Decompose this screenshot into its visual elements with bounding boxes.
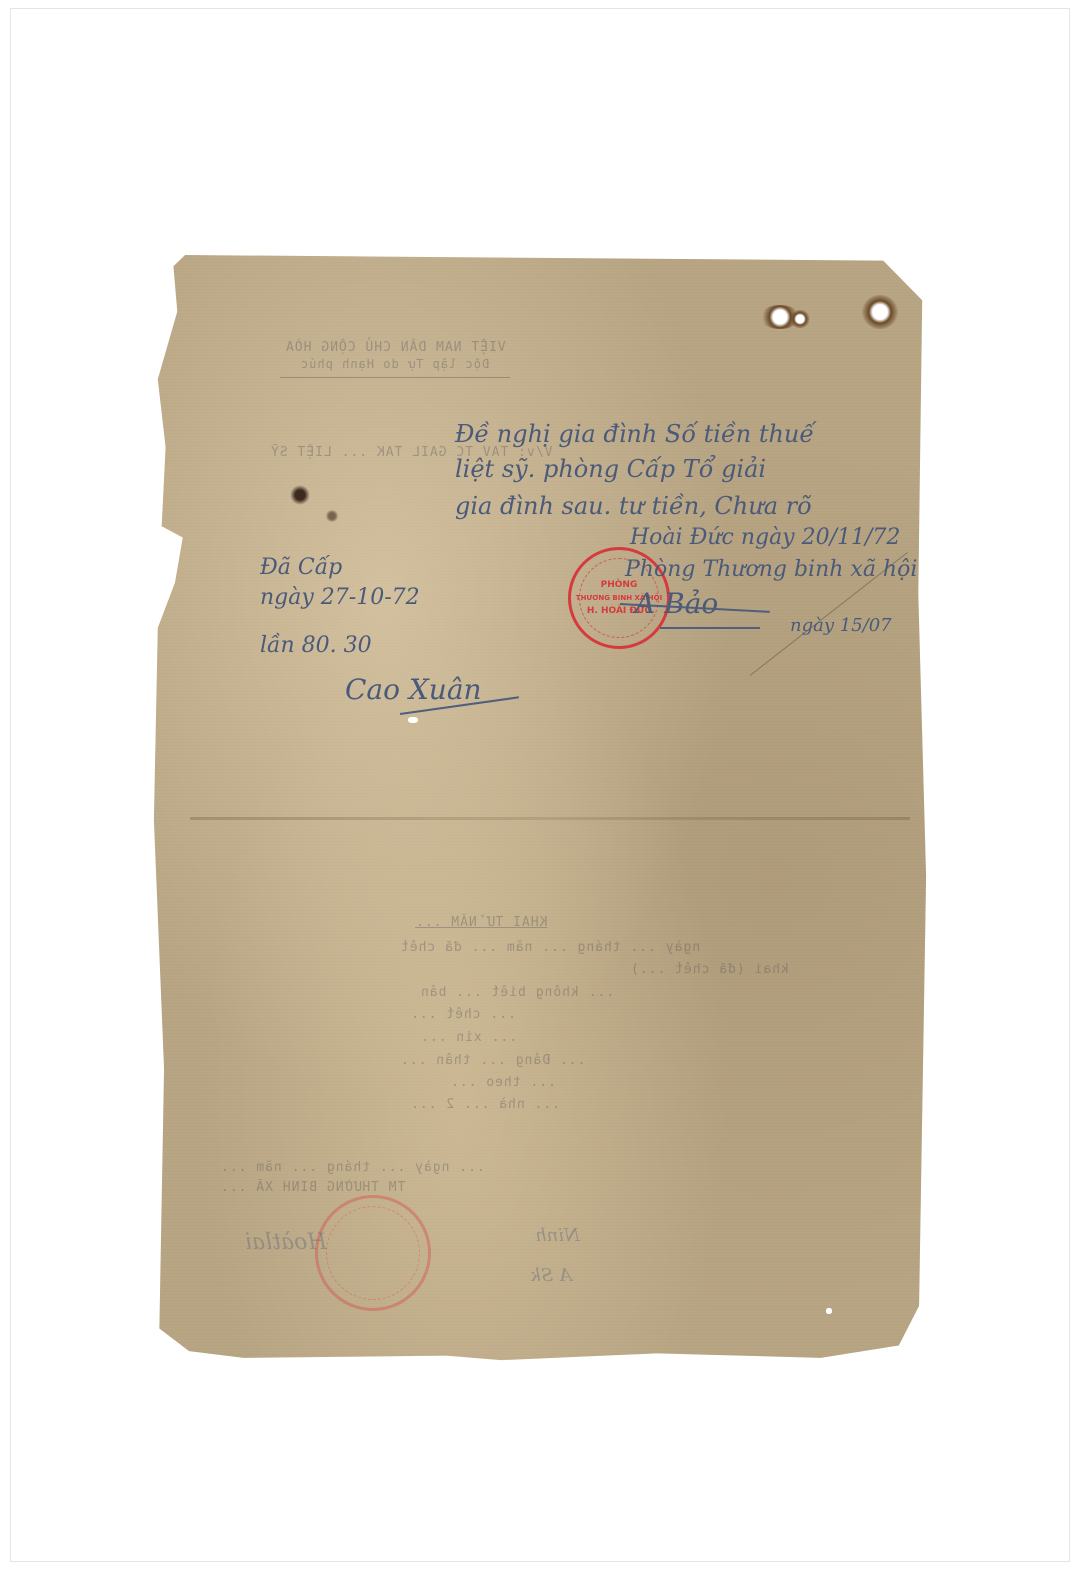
bleed-header-line2: Độc lập Tự do Hạnh phúc	[300, 357, 489, 371]
bleed-signature-initials: A Sk	[530, 1265, 572, 1286]
bleed-body-line: ... nhà ... 2 ...	[410, 1097, 560, 1112]
ink-blot	[290, 485, 310, 505]
paper-hole	[826, 1308, 832, 1314]
bleed-footer-line1: ... ngày ... tháng ... năm ...	[220, 1160, 485, 1175]
document-page: VIỆT NAM DÂN CHỦ CỘNG HÒA Độc lập Tự do …	[150, 255, 930, 1385]
bleed-body-line: ... xin ...	[420, 1030, 517, 1045]
note-line: Đề nghị gia đình Số tiền thuế	[455, 420, 814, 448]
signature-underline	[660, 627, 760, 629]
bleed-heading-lower: KHAI TỬ NĂM ...	[415, 915, 547, 930]
burn-hole	[790, 310, 810, 328]
ink-blot	[325, 510, 339, 522]
paper-hole	[408, 717, 418, 723]
fold-crease	[190, 817, 910, 820]
bleed-signature-left: Hoàtlai	[245, 1230, 327, 1255]
bleed-body-line: ... theo ...	[450, 1075, 556, 1090]
left-signature: Cao Xuân	[345, 673, 482, 706]
bleed-body-line: ... không biết ... bản	[420, 985, 614, 1000]
bleed-body-line: ngày ... tháng ... năm ... đã chết	[400, 940, 700, 955]
note-line: liệt sỹ. phòng Cấp Tổ giải	[455, 455, 766, 483]
left-note-line: ngày 27-10-72	[260, 585, 420, 610]
header-rule	[280, 377, 510, 378]
left-note-line: lần 80. 30	[260, 633, 372, 658]
right-margin-note: ngày 15/07	[790, 615, 892, 636]
bleed-header-line1: VIỆT NAM DÂN CHỦ CỘNG HÒA	[285, 340, 506, 355]
bleed-stamp	[315, 1195, 431, 1311]
bleed-body-line: ... chết ...	[410, 1007, 516, 1022]
note-office-line: Phòng Thương binh xã hội	[625, 557, 917, 582]
left-note-line: Đã Cấp	[260, 555, 342, 580]
burn-hole	[862, 295, 898, 329]
note-date-line: Hoài Đức ngày 20/11/72	[630, 525, 900, 550]
bleed-signature-right: Ninh	[535, 1225, 580, 1246]
bleed-body-line: khai (đã chết ...)	[630, 962, 789, 977]
note-line: gia đình sau. tư tiền, Chưa rõ	[455, 492, 812, 520]
bleed-body-line: ... Đảng ... thân ...	[400, 1053, 585, 1068]
bleed-footer-line2: TM THƯỜNG BINH XÃ ...	[220, 1180, 405, 1195]
